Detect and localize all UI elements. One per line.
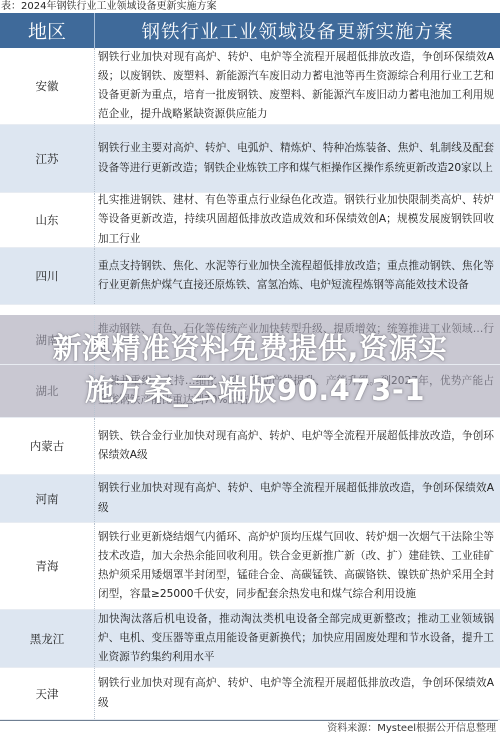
table-row-heilongjiang: 黑龙江 加快淘汰落后机电设备，推动淘汰类机电设备全部完成更新整改；推动工业领域锅… (0, 610, 500, 668)
watermark-line-2: 施方案_云端版90.473-1 (0, 368, 500, 409)
table-row-henan: 河南 钢铁行业加快对现有高炉、转炉、电炉等全流程开展超低排放改造，争创环保绩效A… (0, 475, 500, 523)
region-cell: 河南 (0, 475, 95, 522)
source-note: 资料来源：Mysteel根据公开信息整理 (0, 720, 498, 735)
region-cell: 黑龙江 (0, 610, 95, 667)
header-plan: 钢铁行业工业领域设备更新实施方案 (95, 13, 500, 48)
plan-cell: 钢铁行业更新烧结烟气内循环、高炉炉顶均压煤气回收、转炉烟一次烟气干法除尘等技术改… (95, 523, 500, 609)
plan-cell: 钢铁行业主要对高炉、转炉、电弧炉、精炼炉、特种冶炼装备、焦炉、轧制线及配套设备等… (95, 125, 500, 192)
table-row-shandong: 山东 扎实推进钢铁、建材、有色等重点行业绿色化改造。钢铁行业加快限制类高炉、转炉… (0, 193, 500, 248)
watermark-line-1: 新澳精准资料免费提供,资源实 (0, 326, 500, 367)
table-row-sichuan: 四川 重点支持钢铁、焦化、水泥等行业加快全流程超低排放改造；重点推动钢铁、焦化等… (0, 248, 500, 305)
plan-cell: 钢铁行业加快对现有高炉、转炉、电炉等全流程开展超低排放改造，争创环保绩效A级 (95, 668, 500, 719)
plan-cell: 加快淘汰落后机电设备，推动淘汰类机电设备全部完成更新整改；推动工业领域锅炉、电机… (95, 610, 500, 667)
table-header: 地区 钢铁行业工业领域设备更新实施方案 (0, 13, 500, 48)
plan-cell: 钢铁、铁合金行业加快对现有高炉、转炉、电炉等全流程开展超低排放改造，争创环保绩效… (95, 418, 500, 474)
region-cell: 内蒙古 (0, 418, 95, 474)
plan-cell: 钢铁行业加快对现有高炉、转炉、电炉等全流程开展超低排放改造，争创环保绩效A级 (95, 475, 500, 522)
region-cell: 江苏 (0, 125, 95, 192)
region-cell: 天津 (0, 668, 95, 719)
header-region: 地区 (0, 13, 95, 48)
table-row-qinghai: 青海 钢铁行业更新烧结烟气内循环、高炉炉顶均压煤气回收、转炉烟一次烟气干法除尘等… (0, 523, 500, 610)
region-cell: 四川 (0, 248, 95, 304)
table-row-jiangsu: 江苏 钢铁行业主要对高炉、转炉、电弧炉、精炼炉、特种冶炼装备、焦炉、轧制线及配套… (0, 125, 500, 193)
table-caption: 表：2024年钢铁行业工业领域设备更新实施方案 (1, 0, 216, 13)
plan-cell: 重点支持钢铁、焦化、水泥等行业加快全流程超低排放改造；重点推动钢铁、焦化等行业更… (95, 248, 500, 304)
plan-cell: 扎实推进钢铁、建材、有色等重点行业绿色化改造。钢铁行业加快限制类高炉、转炉等设备… (95, 193, 500, 247)
plan-cell: 钢铁行业加快对现有高炉、转炉、电炉等全流程开展超低排放改造，争创环保绩效A级；以… (95, 48, 500, 124)
region-cell: 安徽 (0, 48, 95, 124)
overlay-gap (0, 305, 500, 315)
region-cell: 青海 (0, 523, 95, 609)
table-row-tianjin: 天津 钢铁行业加快对现有高炉、转炉、电炉等全流程开展超低排放改造，争创环保绩效A… (0, 668, 500, 720)
table-row-anhui: 安徽 钢铁行业加快对现有高炉、转炉、电炉等全流程开展超低排放改造，争创环保绩效A… (0, 48, 500, 125)
table-row-neimenggu: 内蒙古 钢铁、铁合金行业加快对现有高炉、转炉、电炉等全流程开展超低排放改造，争创… (0, 418, 500, 475)
region-cell: 山东 (0, 193, 95, 247)
